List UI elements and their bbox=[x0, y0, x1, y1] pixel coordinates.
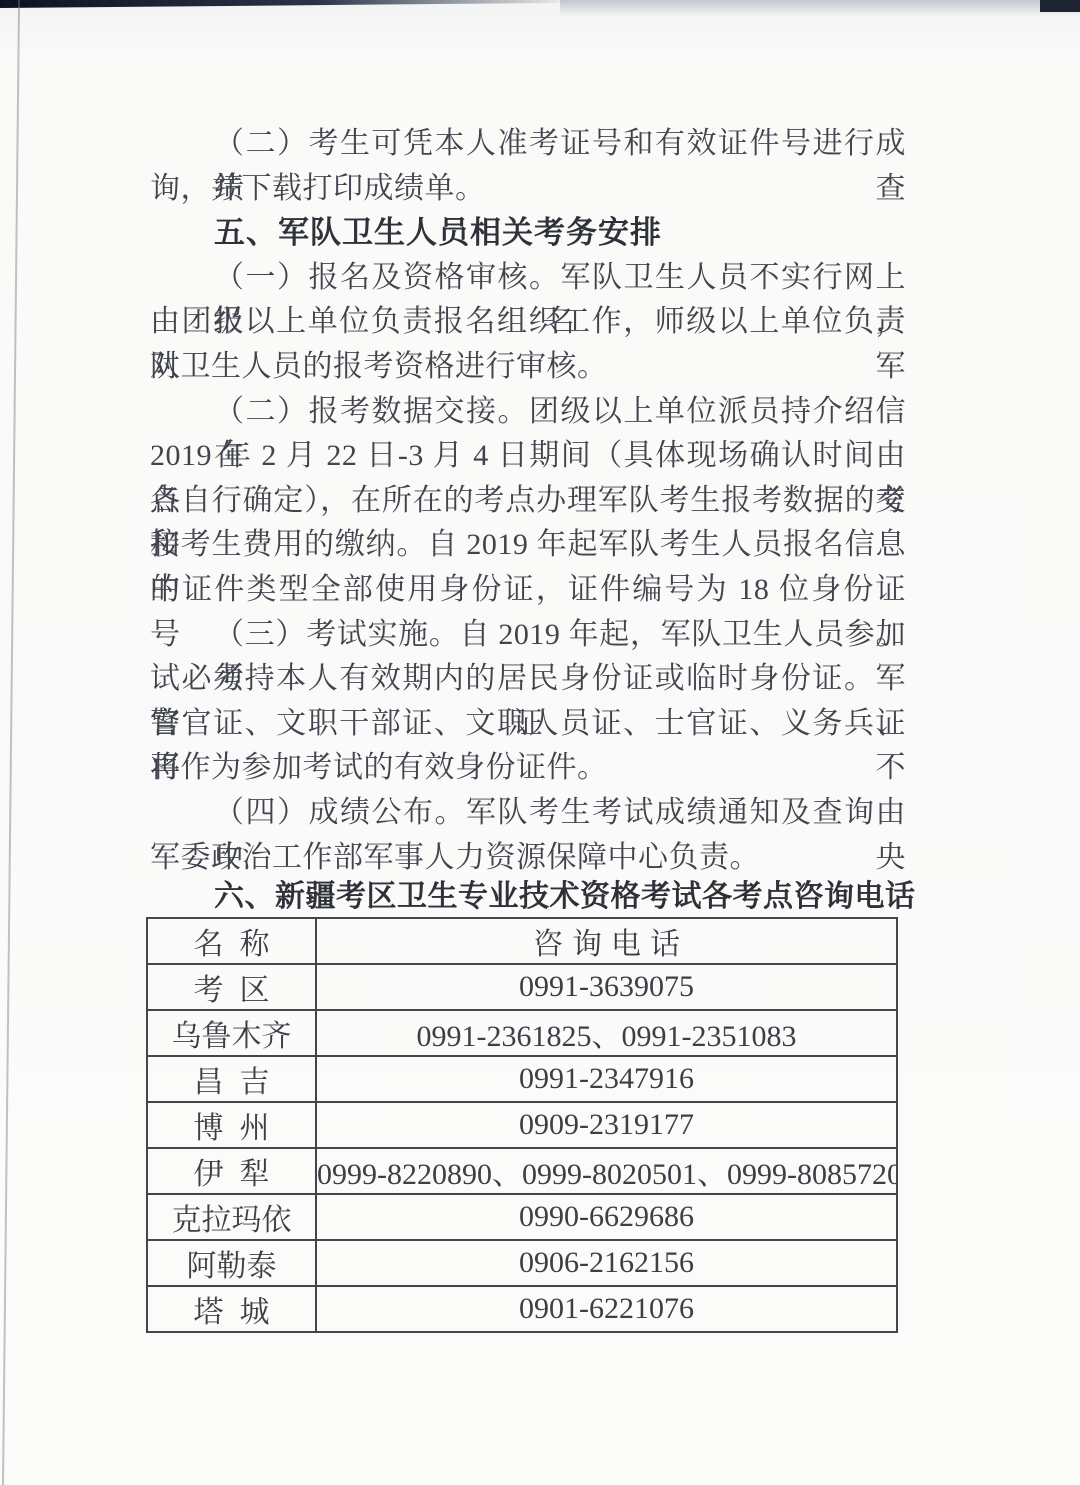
document-body: （二）考生可凭本人准考证号和有效证件号进行成绩查 询，并下载打印成绩单。 五、军… bbox=[150, 122, 906, 880]
page-left-edge-line bbox=[2, 0, 20, 1485]
body-line: 由团级以上单位负责报名组织工作，师级以上单位负责对军 bbox=[150, 300, 906, 345]
table-row: 昌吉 0991-2347916 bbox=[147, 1056, 897, 1102]
site-name-cell: 考区 bbox=[147, 964, 316, 1010]
table-row: 阿勒泰 0906-2162156 bbox=[147, 1240, 897, 1286]
scanned-document-page: （二）考生可凭本人准考证号和有效证件号进行成绩查 询，并下载打印成绩单。 五、军… bbox=[0, 0, 1080, 1485]
site-name-cell: 乌鲁木齐 bbox=[147, 1010, 316, 1056]
body-line: 和考生费用的缴纳。自 2019 年起军队考生人员报名信息中 bbox=[150, 523, 906, 568]
body-line: （二）报考数据交接。团级以上单位派员持介绍信在 bbox=[150, 390, 906, 435]
section-6-heading: 六、新疆考区卫生专业技术资格考试各考点咨询电话 bbox=[150, 878, 906, 916]
body-line: （三）考试实施。自 2019 年起，军队卫生人员参加考 bbox=[150, 613, 906, 658]
phone-cell: 0991-3639075 bbox=[316, 964, 897, 1010]
table-row: 考区 0991-3639075 bbox=[147, 964, 897, 1010]
body-line: 的证件类型全部使用身份证，证件编号为 18 位身份证号。 bbox=[150, 568, 906, 613]
body-line: （二）考生可凭本人准考证号和有效证件号进行成绩查 bbox=[150, 122, 906, 167]
phone-header-cell: 咨询电话 bbox=[316, 918, 897, 964]
table-row: 伊犁 0999-8220890、0999-8020501、0999-808572… bbox=[147, 1148, 897, 1194]
scan-edge-top-left bbox=[0, 0, 575, 8]
site-name-cell: 伊犁 bbox=[147, 1148, 316, 1194]
body-line: 点自行确定），在所在的考点办理军队考生报考数据的交接 bbox=[150, 479, 906, 524]
body-line: 2019 年 2 月 22 日-3 月 4 日期间（具体现场确认时间由各考 bbox=[150, 434, 906, 479]
phone-cell: 0909-2319177 bbox=[316, 1102, 897, 1148]
phone-cell: 0991-2347916 bbox=[316, 1056, 897, 1102]
phone-cell: 0991-2361825、0991-2351083 bbox=[316, 1010, 897, 1056]
phone-cell: 0906-2162156 bbox=[316, 1240, 897, 1286]
site-name-cell: 克拉玛依 bbox=[147, 1194, 316, 1240]
body-line: （一）报名及资格审核。军队卫生人员不实行网上报名， bbox=[150, 256, 906, 301]
site-name-cell: 昌吉 bbox=[147, 1056, 316, 1102]
phone-cell: 0901-6221076 bbox=[316, 1286, 897, 1332]
site-name-cell: 阿勒泰 bbox=[147, 1240, 316, 1286]
phone-cell: 0990-6629686 bbox=[316, 1194, 897, 1240]
phone-cell: 0999-8220890、0999-8020501、0999-8085720 bbox=[316, 1148, 897, 1194]
scan-corner-top-right bbox=[1040, 0, 1080, 12]
site-name-cell: 塔城 bbox=[147, 1286, 316, 1332]
table-row: 博州 0909-2319177 bbox=[147, 1102, 897, 1148]
table-row: 塔城 0901-6221076 bbox=[147, 1286, 897, 1332]
site-name-cell: 博州 bbox=[147, 1102, 316, 1148]
section-5-heading: 五、军队卫生人员相关考务安排 bbox=[150, 211, 906, 256]
table-row: 克拉玛依 0990-6629686 bbox=[147, 1194, 897, 1240]
body-line: 警官证、文职干部证、文职人员证、士官证、义务兵证将不 bbox=[150, 702, 906, 747]
table-header-row: 名称 咨询电话 bbox=[147, 918, 897, 964]
body-line: 试必须持本人有效期内的居民身份证或临时身份证。军官证、 bbox=[150, 657, 906, 702]
scan-edge-top-right bbox=[560, 0, 1080, 16]
body-line: （四）成绩公布。军队考生考试成绩通知及查询由中央 bbox=[150, 791, 906, 836]
name-header-cell: 名称 bbox=[147, 918, 316, 964]
phone-table: 名称 咨询电话 考区 0991-3639075 乌鲁木齐 0991-236182… bbox=[146, 917, 898, 1333]
table-row: 乌鲁木齐 0991-2361825、0991-2351083 bbox=[147, 1010, 897, 1056]
